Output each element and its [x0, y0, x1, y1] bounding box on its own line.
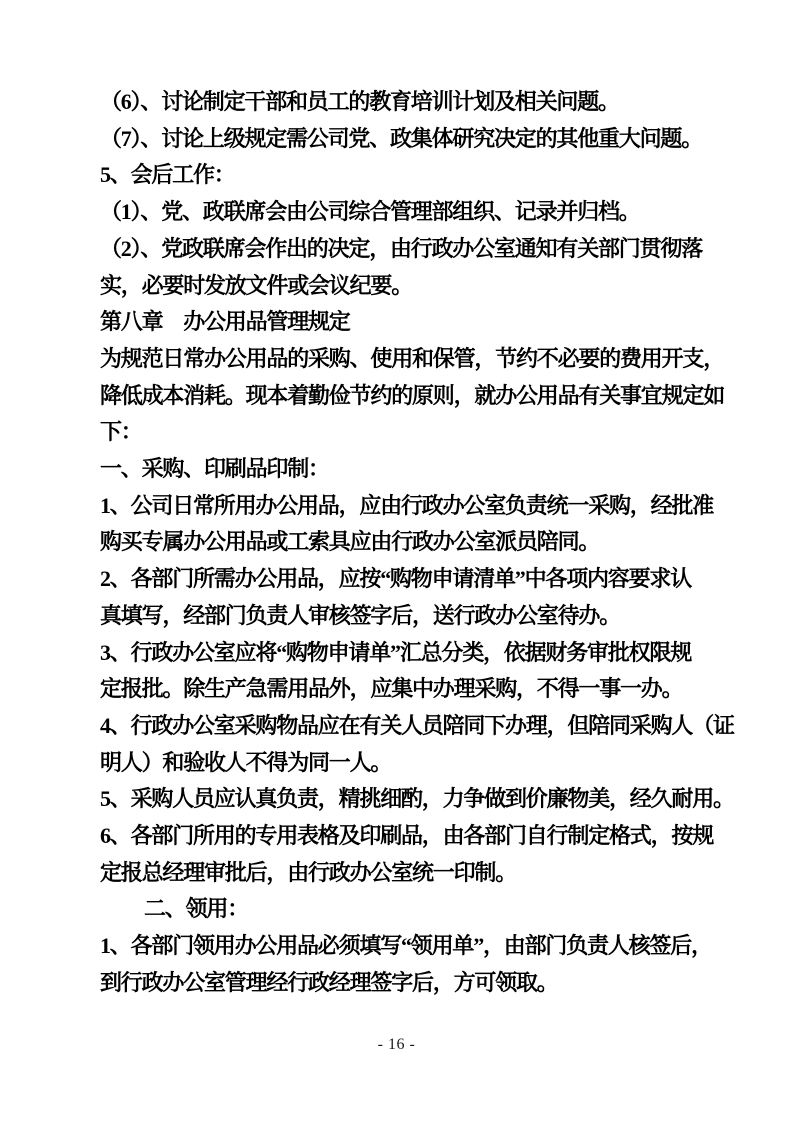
requisition-rule-1-line-2: 到行政办公室管理经行政经理签字后，方可领取。: [100, 965, 706, 1002]
list-item-2-continued: 实，必要时发放文件或会议纪要。: [100, 268, 706, 305]
rule-4-line-1: 4、行政办公室采购物品应在有关人员陪同下办理，但陪同采购人（证: [100, 708, 706, 745]
document-body: （6）、讨论制定干部和员工的教育培训计划及相关问题。 （7）、讨论上级规定需公司…: [100, 84, 706, 1002]
rule-1-line-1: 1、公司日常所用办公用品，应由行政办公室负责统一采购，经批准: [100, 488, 706, 525]
page-footer: - 16 -: [0, 1036, 793, 1054]
intro-paragraph-line-2: 降低成本消耗。现本着勤俭节约的原则，就办公用品有关事宜规定如: [100, 378, 706, 415]
requisition-rule-1-line-1: 1、各部门领用办公用品必须填写“领用单”，由部门负责人核签后，: [100, 928, 706, 965]
intro-paragraph-line-1: 为规范日常办公用品的采购、使用和保管，节约不必要的费用开支，: [100, 341, 706, 378]
rule-3-line-1: 3、行政办公室应将“购物申请单”汇总分类，依据财务审批权限规: [100, 635, 706, 672]
list-item-1: （1）、党、政联席会由公司综合管理部组织、记录并归档。: [100, 194, 706, 231]
rule-1-line-2: 购买专属办公用品或工索具应由行政办公室派员陪同。: [100, 524, 706, 561]
intro-paragraph-line-3: 下：: [100, 414, 706, 451]
rule-6-line-2: 定报总经理审批后，由行政办公室统一印制。: [100, 855, 706, 892]
rule-6-line-1: 6、各部门所用的专用表格及印刷品，由各部门自行制定格式，按规: [100, 818, 706, 855]
page-number: - 16 -: [378, 1036, 416, 1053]
heading-post-meeting-work: 5、会后工作：: [100, 157, 706, 194]
rule-4-line-2: 明人）和验收人不得为同一人。: [100, 745, 706, 782]
rule-3-line-2: 定报批。除生产急需用品外，应集中办理采购，不得一事一办。: [100, 671, 706, 708]
list-item-2: （2）、党政联席会作出的决定，由行政办公室通知有关部门贯彻落: [100, 231, 706, 268]
chapter-8-heading: 第八章 办公用品管理规定: [100, 304, 706, 341]
rule-5-line-1: 5、采购人员应认真负责，精挑细酌，力争做到价廉物美，经久耐用。: [100, 781, 706, 818]
document-page: （6）、讨论制定干部和员工的教育培训计划及相关问题。 （7）、讨论上级规定需公司…: [0, 0, 793, 1122]
list-item-6: （6）、讨论制定干部和员工的教育培训计划及相关问题。: [100, 84, 706, 121]
list-item-7: （7）、讨论上级规定需公司党、政集体研究决定的其他重大问题。: [100, 121, 706, 158]
section-1-heading-procurement: 一、采购、印刷品印制：: [100, 451, 706, 488]
rule-2-line-1: 2、各部门所需办公用品，应按“购物申请清单”中各项内容要求认: [100, 561, 706, 598]
rule-2-line-2: 真填写，经部门负责人审核签字后，送行政办公室待办。: [100, 598, 706, 635]
section-2-heading-requisition: 二、领用：: [100, 891, 706, 928]
